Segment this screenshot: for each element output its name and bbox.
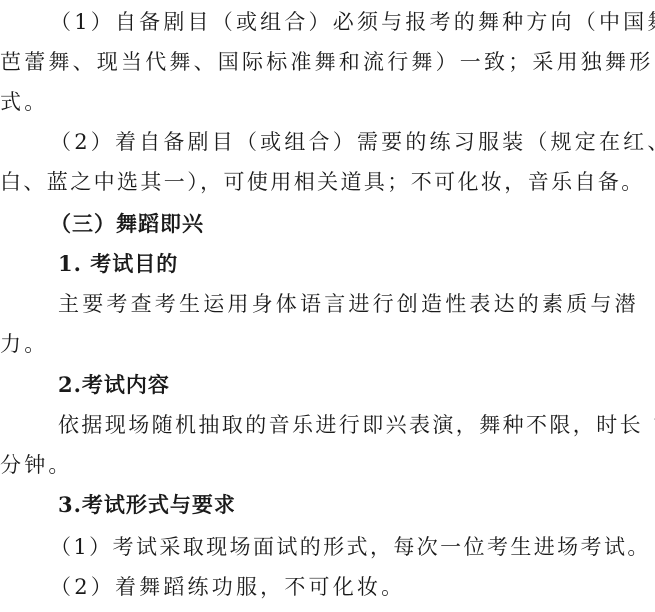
- paragraph-2-line-1: （2）着自备剧目（或组合）需要的练习服装（规定在红、: [50, 130, 655, 154]
- exam-purpose-line-1: 主要考查考生运用身体语言进行创造性表达的素质与潜: [58, 292, 639, 316]
- exam-format-item-2: （2）着舞蹈练功服，不可化妆。: [50, 575, 405, 599]
- exam-purpose-line-2: 力。: [0, 332, 48, 356]
- exam-content-line-1: 依据现场随机抽取的音乐进行即兴表演，舞种不限，时长 1: [58, 413, 655, 437]
- paragraph-1-line-2: 芭蕾舞、现当代舞、国际标准舞和流行舞）一致；采用独舞形: [0, 50, 653, 74]
- subsection-heading-exam-content: 2.考试内容: [58, 373, 170, 397]
- document-page: （1）自备剧目（或组合）必须与报考的舞种方向（中国舞、 芭蕾舞、现当代舞、国际标…: [0, 0, 655, 612]
- section-heading-dance-improvisation: （三）舞蹈即兴: [50, 212, 204, 236]
- exam-format-item-1: （1）考试采取现场面试的形式，每次一位考生进场考试。: [50, 535, 651, 559]
- exam-content-line-2: 分钟。: [0, 453, 73, 477]
- paragraph-1-line-3: 式。: [0, 90, 48, 114]
- paragraph-1-line-1: （1）自备剧目（或组合）必须与报考的舞种方向（中国舞、: [50, 10, 655, 34]
- paragraph-2-line-2: 白、蓝之中选其一），可使用相关道具；不可化妆，音乐自备。: [0, 170, 645, 194]
- subsection-heading-exam-format: 3.考试形式与要求: [58, 493, 236, 517]
- subsection-heading-exam-purpose: 1. 考试目的: [58, 252, 178, 276]
